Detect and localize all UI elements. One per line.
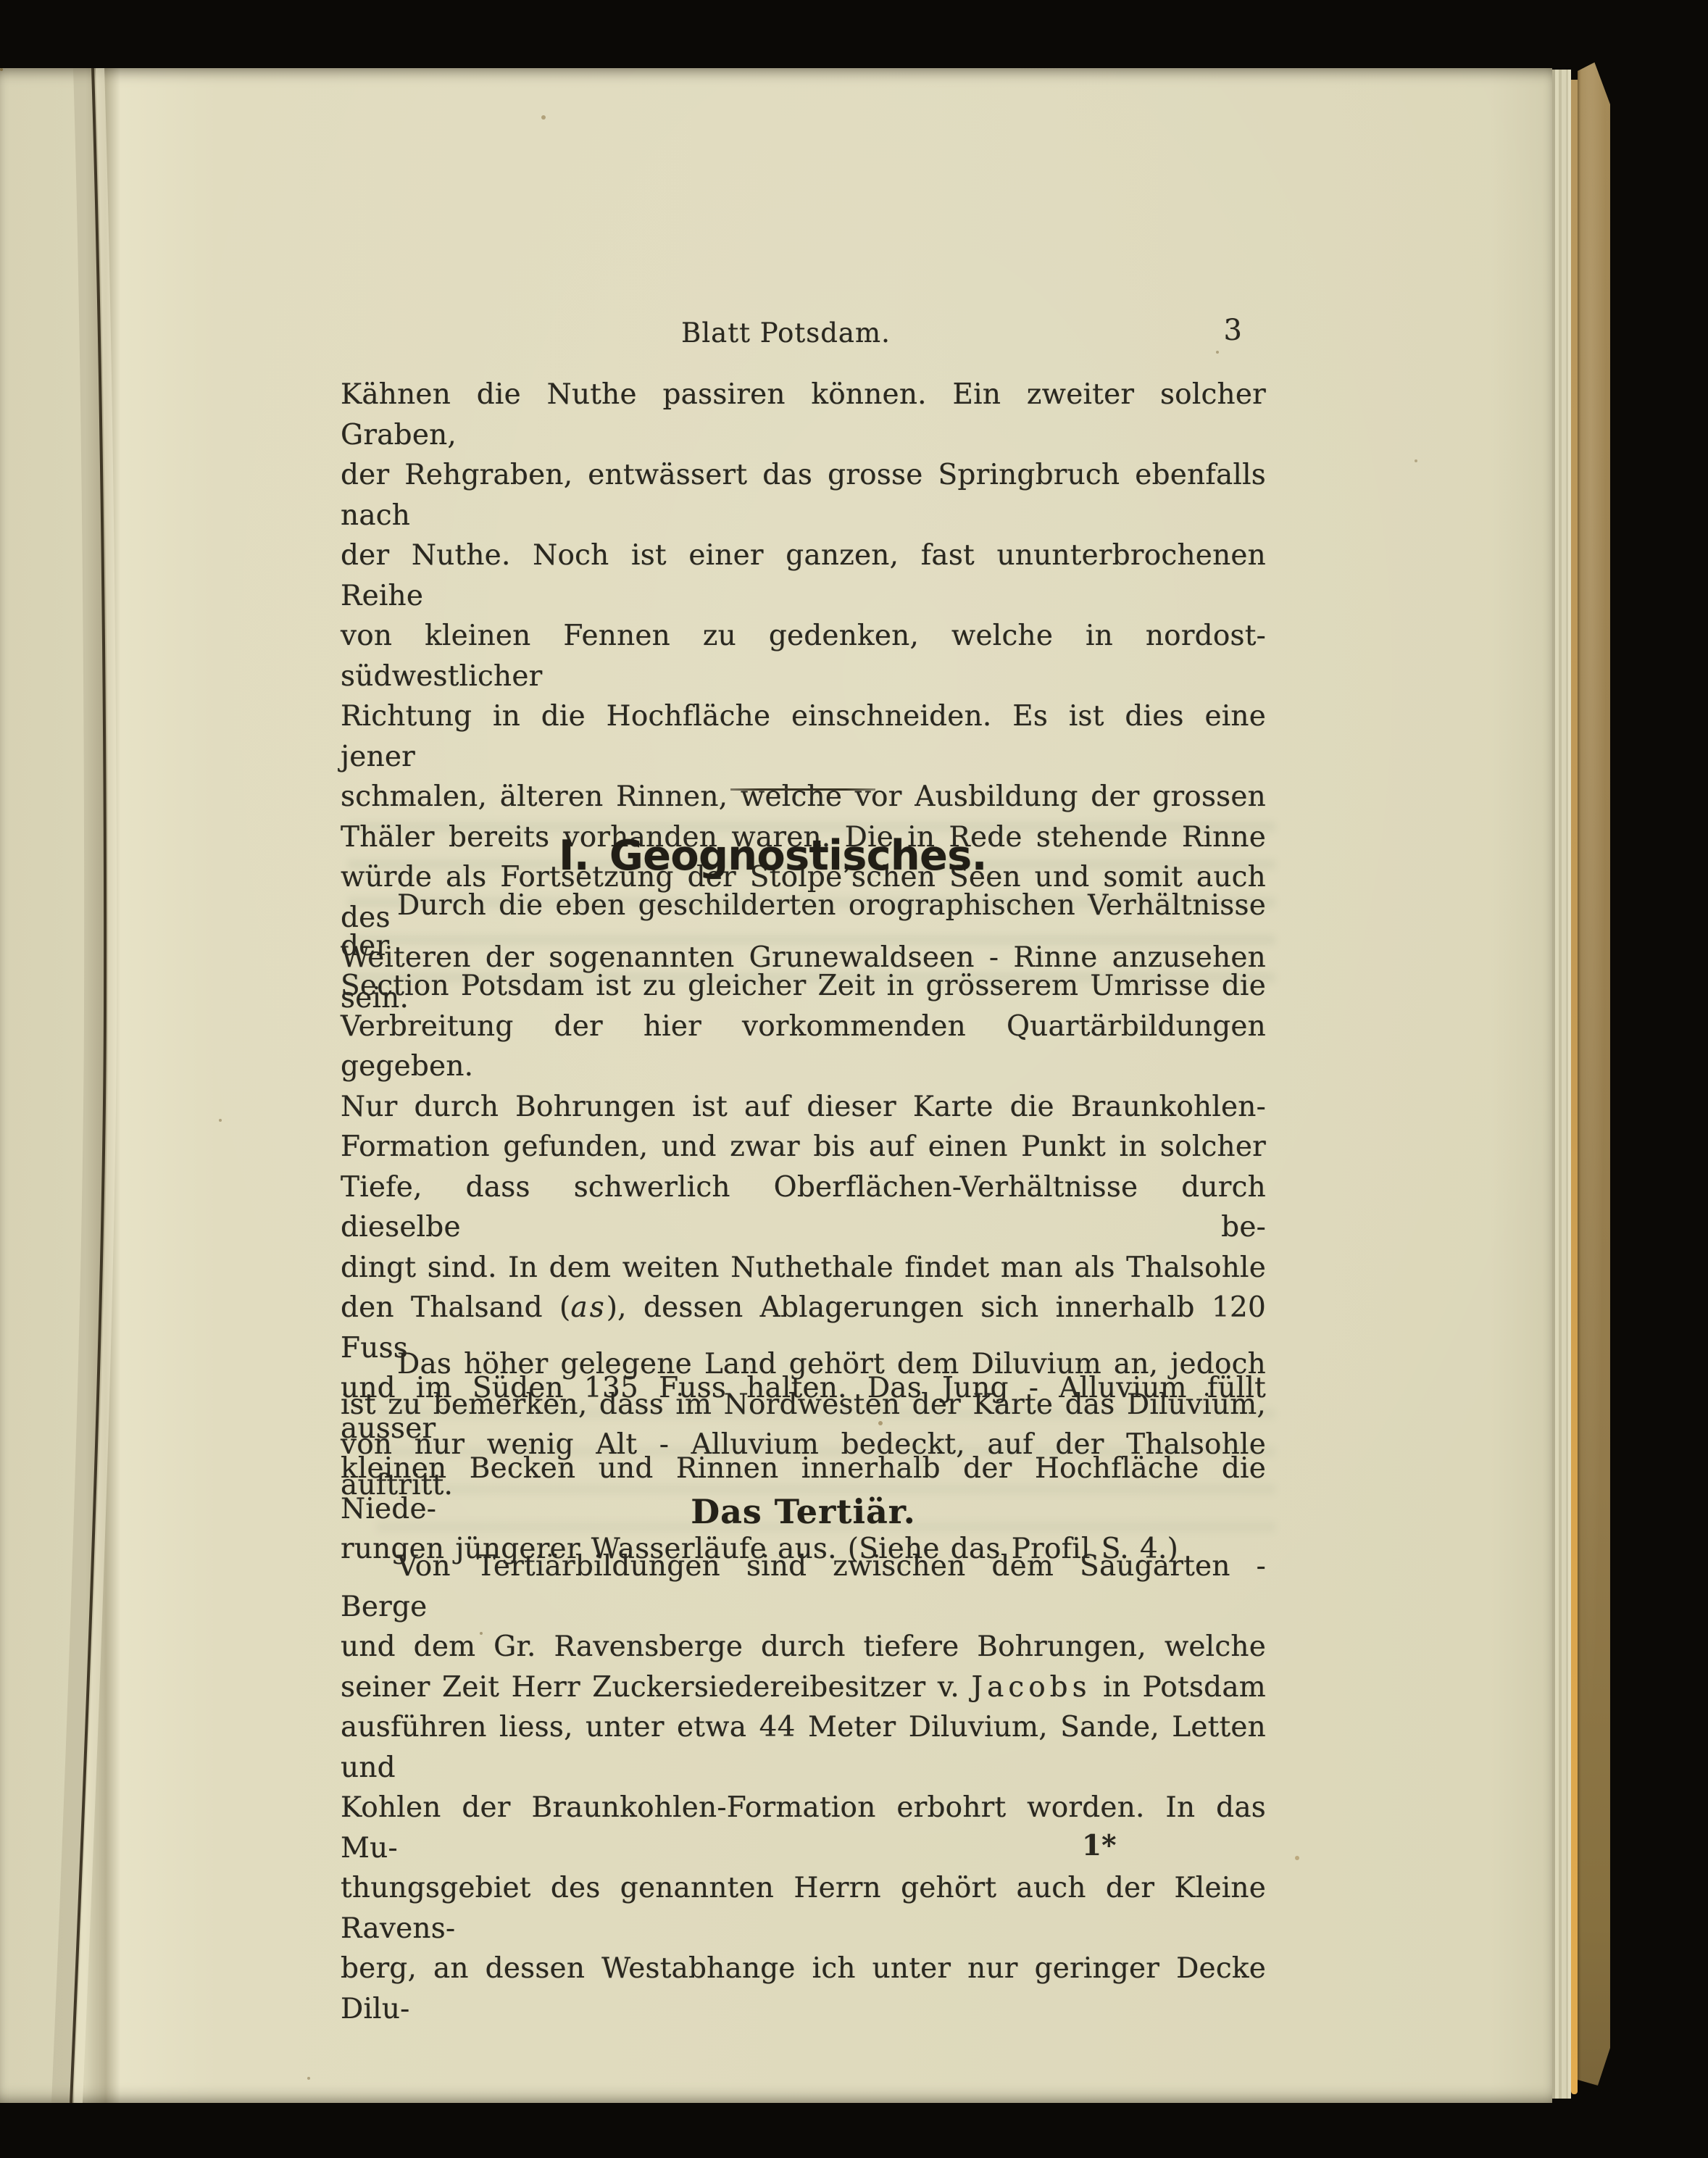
- text-line: Formation gefunden, und zwar bis auf ein…: [341, 1127, 1266, 1167]
- running-header: Blatt Potsdam. 3: [341, 313, 1266, 354]
- text-line: berg, an dessen Westabhange ich unter nu…: [341, 1949, 1266, 2029]
- italic-term: as: [570, 1291, 606, 1324]
- text-line: der Rehgraben, entwässert das grosse Spr…: [341, 455, 1266, 536]
- gutter-crease: [0, 68, 159, 2103]
- text-line: Richtung in die Hochfläche einschneiden.…: [341, 696, 1266, 777]
- text-line: seiner Zeit Herr Zuckersiedereibesitzer …: [341, 1667, 1266, 1708]
- text-line: Durch die eben geschilderten orographisc…: [341, 886, 1266, 966]
- paper-specks: [0, 68, 3, 71]
- text-segment: den Thalsand (: [341, 1291, 570, 1324]
- paragraph-3: Das höher gelegene Land gehört dem Diluv…: [341, 1344, 1266, 1505]
- subsection-heading: Das Tertiär.: [341, 1493, 1266, 1530]
- text-line: Kähnen die Nuthe passiren können. Ein zw…: [341, 375, 1266, 455]
- paragraph-4: Von Tertiärbildungen sind zwischen dem S…: [341, 1546, 1266, 2029]
- text-line: Kohlen der Braunkohlen-Formation erbohrt…: [341, 1788, 1266, 1868]
- section-heading-text: Geognostisches.: [609, 832, 987, 880]
- text-line: der Nuthe. Noch ist einer ganzen, fast u…: [341, 536, 1266, 616]
- running-header-title: Blatt Potsdam.: [323, 313, 1249, 354]
- page-content: Blatt Potsdam. 3 Kähnen die Nuthe passir…: [341, 68, 1266, 2103]
- section-heading-number: I.: [559, 832, 589, 880]
- scan-background: { "header": { "title": "Blatt Potsdam.",…: [0, 0, 1708, 2158]
- text-segment: seiner Zeit Herr Zuckersiedereibesitzer …: [341, 1671, 971, 1704]
- text-line: dingt sind. In dem weiten Nuthethale fin…: [341, 1248, 1266, 1288]
- text-line: Nur durch Bohrungen ist auf dieser Karte…: [341, 1087, 1266, 1128]
- text-line: ist zu bemerken, dass im Nordwesten der …: [341, 1385, 1266, 1425]
- text-line: und dem Gr. Ravensberge durch tiefere Bo…: [341, 1627, 1266, 1667]
- section-heading: I.Geognostisches.: [310, 834, 1236, 878]
- text-line: von kleinen Fennen zu gedenken, welche i…: [341, 616, 1266, 696]
- section-divider: [730, 788, 875, 791]
- signature-mark: 1*: [1082, 1826, 1117, 1866]
- person-name: Jacobs: [971, 1671, 1091, 1704]
- cover-board-edge: [1578, 62, 1610, 2086]
- text-line: Section Potsdam ist zu gleicher Zeit in …: [341, 966, 1266, 1007]
- text-line: thungsgebiet des genannten Herrn gehört …: [341, 1868, 1266, 1949]
- text-line: ausführen liess, unter etwa 44 Meter Dil…: [341, 1707, 1266, 1788]
- page-edge-orange-strip: [1571, 80, 1578, 2094]
- book-page: Blatt Potsdam. 3 Kähnen die Nuthe passir…: [0, 68, 1552, 2103]
- text-line: Das höher gelegene Land gehört dem Diluv…: [341, 1344, 1266, 1385]
- page-number: 3: [1224, 310, 1242, 351]
- text-segment: in Potsdam: [1091, 1671, 1266, 1704]
- page-edge-stack: [1552, 70, 1571, 2099]
- text-line: schmalen, älteren Rinnen, welche vor Aus…: [341, 777, 1266, 817]
- text-line: Verbreitung der hier vorkommenden Quartä…: [341, 1007, 1266, 1087]
- text-line: Tiefe, dass schwerlich Oberflächen-Verhä…: [341, 1167, 1266, 1248]
- text-line: Von Tertiärbildungen sind zwischen dem S…: [341, 1546, 1266, 1627]
